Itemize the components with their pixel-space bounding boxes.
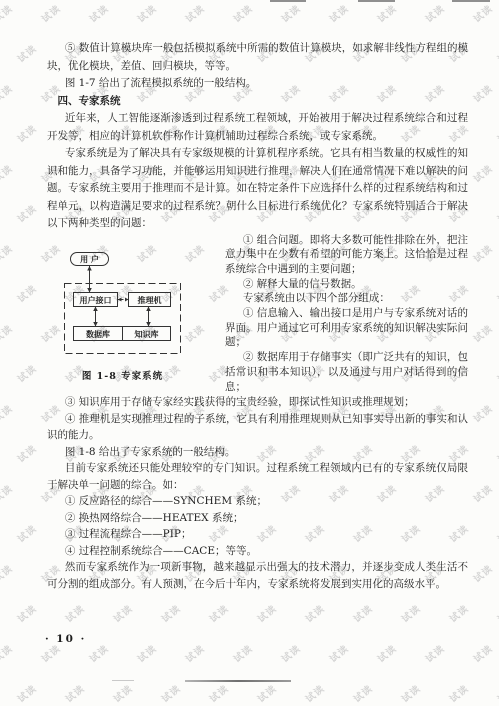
database-node: 数据库	[74, 326, 123, 340]
watermark-text: 试读	[254, 601, 279, 625]
watermark-text: 试读	[278, 1, 303, 25]
expert-system-diagram: 用 户 用户接口 推理机 数据库	[55, 249, 190, 361]
watermark-text: 试读	[470, 401, 495, 425]
paragraph-ai-intro: 近年来，人工智能逐渐渗透到过程系统工程领域，开始被用于解决过程系统综合和过程开发…	[47, 110, 468, 145]
watermark-text: 试读	[398, 601, 423, 625]
svg-text:用户接口: 用户接口	[80, 294, 112, 304]
watermark-text: 试读	[0, 1, 15, 25]
watermark-text: 试读	[0, 81, 15, 105]
watermark-text: 试读	[326, 1, 351, 25]
watermark-text: 试读	[0, 641, 15, 665]
arrow-user-interface	[87, 266, 92, 293]
scan-artifact-line	[358, 0, 395, 2]
watermark-text: 试读	[494, 361, 499, 385]
watermark-text: 试读	[62, 601, 87, 625]
watermark-text: 试读	[494, 201, 499, 225]
watermark-text: 试读	[182, 641, 207, 665]
figure-1-7-reference: 图 1-7 给出了流程模拟系统的一般结构。	[47, 75, 468, 93]
watermark-text: 试读	[470, 321, 495, 345]
watermark-text: 试读	[494, 121, 499, 145]
watermark-text: 试读	[158, 681, 183, 705]
svg-text:推理机: 推理机	[137, 294, 162, 304]
watermark-text: 试读	[494, 681, 499, 705]
watermark-text: 试读	[158, 601, 183, 625]
watermark-text: 试读	[14, 441, 39, 465]
watermark-text: 试读	[254, 681, 279, 705]
watermark-text: 试读	[0, 321, 15, 345]
watermark-text: 试读	[86, 641, 111, 665]
scan-artifact-line	[112, 680, 134, 681]
synthesis-example-3: ③ 过程流程综合——PIP；	[47, 526, 468, 543]
watermark-text: 试读	[206, 601, 231, 625]
inference-engine-node: 推理机	[129, 292, 171, 306]
watermark-text: 试读	[470, 641, 495, 665]
watermark-text: 试读	[470, 561, 495, 585]
watermark-text: 试读	[14, 681, 39, 705]
scanned-page: 试读试读试读试读试读试读试读试读试读试读试读试读试读试读试读试读试读试读试读试读…	[0, 0, 499, 706]
watermark-text: 试读	[230, 1, 255, 25]
watermark-text: 试读	[14, 41, 39, 65]
components-intro-line: 专家系统由以下四个部分组成：	[225, 291, 468, 306]
svg-text:数据库: 数据库	[86, 328, 110, 338]
arrow-inference-knowledge	[146, 306, 151, 326]
watermark-text: 试读	[14, 601, 39, 625]
watermark-text: 试读	[494, 601, 499, 625]
watermark-text: 试读	[446, 601, 471, 625]
watermark-text: 试读	[494, 441, 499, 465]
component-knowledge-base: ③ 知识库用于存储专家经实践获得的宝贵经验，即探试性知识或推理规划；	[47, 394, 468, 411]
watermark-text: 试读	[230, 641, 255, 665]
paragraph-expert-system-definition: 专家系统是为了解决具有专家级规模的计算机程序系统。它具有相当数量的权威性的知识和…	[47, 145, 468, 233]
component-io-interface: ① 信息输入、输出接口是用户与专家系统对话的界面。用户通过它可利用专家系统的知识…	[225, 306, 468, 350]
user-interface-node: 用户接口	[74, 292, 118, 306]
watermark-text: 试读	[326, 641, 351, 665]
watermark-text: 试读	[350, 681, 375, 705]
watermark-text: 试读	[14, 201, 39, 225]
figure-1-8-reference: 图 1-8 给出了专家系统的一般结构。	[47, 444, 468, 461]
problem-type-signal-data: ② 解释大量的信号数据。	[225, 277, 468, 292]
watermark-text: 试读	[110, 601, 135, 625]
synthesis-example-1: ① 反应路径的综合——SYNCHEM 系统；	[47, 493, 468, 510]
watermark-text: 试读	[302, 601, 327, 625]
watermark-text: 试读	[374, 641, 399, 665]
watermark-text: 试读	[422, 641, 447, 665]
watermark-text: 试读	[14, 121, 39, 145]
watermark-text: 试读	[0, 481, 15, 505]
component-database: ② 数据库用于存储事实（即广泛共有的知识，包括常识和书本知识），以及通过与用户对…	[225, 350, 468, 394]
watermark-text: 试读	[14, 361, 39, 385]
watermark-text: 试读	[14, 281, 39, 305]
watermark-text: 试读	[110, 681, 135, 705]
watermark-text: 试读	[470, 81, 495, 105]
arrow-interface-database	[93, 306, 98, 326]
watermark-text: 试读	[470, 1, 495, 25]
watermark-text: 试读	[470, 161, 495, 185]
watermark-text: 试读	[446, 681, 471, 705]
arrow-interface-inference	[118, 297, 129, 301]
scan-artifact-line	[452, 0, 490, 2]
lower-text-section: ③ 知识库用于存储专家经实践获得的宝贵经验，即探试性知识或推理规划； ④ 推理机…	[47, 394, 468, 592]
svg-text:用 户: 用 户	[80, 254, 99, 264]
watermark-text: 试读	[494, 281, 499, 305]
page-body: ⑤ 数值计算模块库一般包括模拟系统中所需的数值计算模块，如求解非线性方程组的模块…	[47, 40, 468, 592]
figure-caption: 图 1-8 专家系统	[55, 368, 190, 386]
component-inference-engine: ④ 推理机是实现推理过程的子系统，它具有利用推理规则从已知事实导出新的事实和认识…	[47, 411, 468, 444]
figure-and-text-columns: 用 户 用户接口 推理机 数据库	[47, 233, 468, 395]
user-node: 用 户	[71, 252, 109, 265]
synthesis-example-4: ④ 过程控制系统综合——CACE；等等。	[47, 543, 468, 560]
paragraph-numeric-modules: ⑤ 数值计算模块库一般包括模拟系统中所需的数值计算模块，如求解非线性方程组的模块…	[47, 40, 468, 75]
watermark-text: 试读	[134, 1, 159, 25]
watermark-text: 试读	[182, 1, 207, 25]
section-heading-expert-systems: 四、专家系统	[47, 93, 468, 111]
watermark-text: 试读	[0, 401, 15, 425]
right-text-column: ① 组合问题。即将大多数可能性排除在外，把注意力集中在少数有希望的可能方案上。这…	[225, 233, 468, 395]
page-number: · 10 ·	[45, 633, 86, 645]
watermark-text: 试读	[278, 641, 303, 665]
watermark-text: 试读	[470, 241, 495, 265]
figure-1-8: 用 户 用户接口 推理机 数据库	[47, 233, 225, 386]
watermark-text: 试读	[302, 681, 327, 705]
svg-text:知识库: 知识库	[135, 328, 159, 338]
watermark-text: 试读	[62, 681, 87, 705]
watermark-text: 试读	[0, 241, 15, 265]
watermark-text: 试读	[398, 681, 423, 705]
watermark-text: 试读	[374, 1, 399, 25]
scan-artifact-line	[185, 680, 291, 682]
scan-artifact-line	[270, 0, 306, 2]
watermark-text: 试读	[206, 681, 231, 705]
synthesis-example-2: ② 换热网络综合——HEATEX 系统；	[47, 510, 468, 527]
watermark-text: 试读	[0, 161, 15, 185]
knowledge-base-node: 知识库	[123, 326, 171, 340]
paragraph-current-limitations: 目前专家系统还只能处理较窄的专门知识。过程系统工程领域内已有的专家系统仅局限于解…	[47, 460, 468, 493]
watermark-text: 试读	[470, 481, 495, 505]
problem-type-combination: ① 组合问题。即将大多数可能性排除在外，把注意力集中在少数有希望的可能方案上。这…	[225, 233, 468, 277]
watermark-text: 试读	[350, 601, 375, 625]
watermark-text: 试读	[494, 521, 499, 545]
watermark-text: 试读	[86, 1, 111, 25]
watermark-text: 试读	[134, 641, 159, 665]
watermark-text: 试读	[494, 41, 499, 65]
watermark-text: 试读	[14, 521, 39, 545]
watermark-text: 试读	[0, 561, 15, 585]
watermark-text: 试读	[38, 1, 63, 25]
watermark-text: 试读	[422, 1, 447, 25]
paragraph-outlook: 然而专家系统作为一项新事物，越来越显示出强大的技术潜力，并逐步变成人类生活不可分…	[47, 559, 468, 592]
